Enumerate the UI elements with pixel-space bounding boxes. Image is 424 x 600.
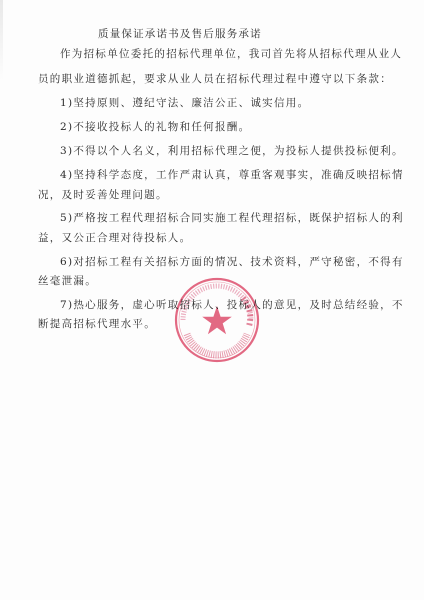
star-icon <box>202 306 232 334</box>
clause-6-line-2: 丝毫泄漏。 <box>38 273 97 288</box>
clause-5-line-2: 益，又公正合理对待投标人。 <box>38 230 191 245</box>
clause-3: 3)不得以个人名义，利用招标代理之便，为投标人提供投标便利。 <box>60 143 404 158</box>
scan-edge <box>0 0 3 80</box>
clause-5-line-1: 5)严格按工程代理招标合同实施工程代理招标，既保护招标人的利 <box>60 210 404 225</box>
intro-line-2: 员的职业道德抓起，要求从业人员在招标代理过程中遵守以下条款： <box>38 71 392 86</box>
clause-6-line-1: 6)对招标工程有关招标方面的情况、技术资料，严守秘密，不得有 <box>60 254 404 269</box>
clause-4-line-1: 4)坚持科学态度，工作严肃认真，尊重客观事实，准确反映招标情 <box>60 167 404 182</box>
company-seal-stamp <box>173 276 261 364</box>
clause-2: 2)不接收投标人的礼物和任何报酬。 <box>60 119 250 134</box>
clause-1: 1)坚持原则、遵纪守法、廉洁公正、诚实信用。 <box>60 95 309 110</box>
document-title: 质量保证承诺书及售后服务承诺 <box>98 26 262 41</box>
document-page: 质量保证承诺书及售后服务承诺 作为招标单位委托的招标代理单位，我司首先将从招标代… <box>0 0 424 600</box>
clause-4-line-2: 况，及时妥善处理问题。 <box>38 187 168 202</box>
intro-line-1: 作为招标单位委托的招标代理单位，我司首先将从招标代理从业人 <box>60 46 402 61</box>
clause-7-line-2: 断提高招标代理水平。 <box>38 316 156 331</box>
